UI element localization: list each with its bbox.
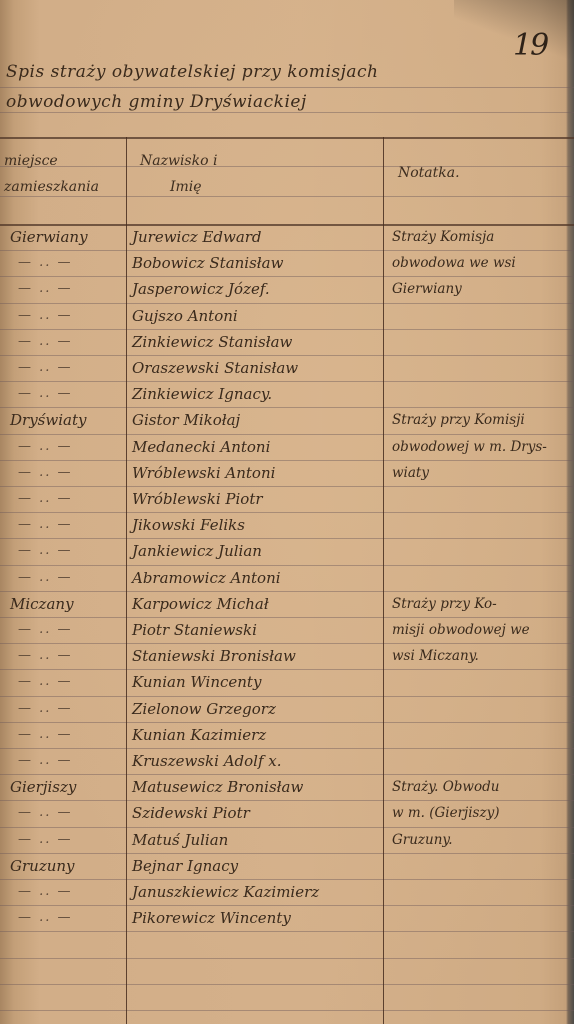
- note-line: Straży przy Komisji: [392, 409, 525, 431]
- row-name: Piotr Staniewski: [132, 619, 257, 641]
- row-name: Kunian Wincenty: [132, 671, 261, 693]
- row-rule: [0, 486, 574, 487]
- note-line: misji obwodowej we: [392, 619, 530, 641]
- row-name: Matusewicz Bronisław: [132, 776, 303, 798]
- note-line: obwodowa we wsi: [392, 252, 516, 274]
- row-name: Bejnar Ignacy: [132, 855, 238, 877]
- row-place: Dryświaty: [10, 409, 86, 431]
- row-rule: [0, 879, 574, 880]
- row-name: Oraszewski Stanisław: [132, 357, 298, 379]
- row-name: Gistor Mikołaj: [132, 409, 240, 431]
- page-title-line-2: obwodowych gminy Dryświackiej: [6, 92, 307, 112]
- row-name: Gujszo Antoni: [132, 305, 238, 327]
- row-rule: [0, 303, 574, 304]
- header-place-line-1: miejsce: [4, 150, 58, 172]
- row-place: — .. —: [18, 645, 73, 667]
- row-place: — .. —: [18, 305, 73, 327]
- row-rule: [0, 512, 574, 513]
- row-place: — .. —: [18, 881, 73, 903]
- title-rule-1: [0, 87, 574, 88]
- row-place: — .. —: [18, 829, 73, 851]
- row-rule: [0, 276, 574, 277]
- row-name: Jankiewicz Julian: [132, 540, 262, 562]
- row-rule: [0, 250, 574, 251]
- header-notes: Notatka.: [398, 162, 460, 184]
- row-name: Kunian Kazimierz: [132, 724, 266, 746]
- row-rule: [0, 355, 574, 356]
- row-place: — .. —: [18, 331, 73, 353]
- row-name: Zielonow Grzegorz: [132, 698, 276, 720]
- row-rule: [0, 407, 574, 408]
- row-rule: [0, 381, 574, 382]
- row-rule: [0, 774, 574, 775]
- row-place: — .. —: [18, 278, 73, 300]
- row-rule: [0, 958, 574, 959]
- column-divider-name-notes: [383, 137, 384, 1024]
- row-name: Jurewicz Edward: [132, 226, 262, 248]
- note-line: w m. (Gierjiszy): [392, 802, 499, 824]
- row-rule: [0, 853, 574, 854]
- note-line: wsi Miczany.: [392, 645, 479, 667]
- row-place: — .. —: [18, 436, 73, 458]
- page-title-line-1: Spis straży obywatelskiej przy komisjach: [6, 62, 378, 82]
- row-name: Bobowicz Stanisław: [132, 252, 283, 274]
- row-place: — .. —: [18, 357, 73, 379]
- note-line: wiaty: [392, 462, 429, 484]
- row-place: Gierwiany: [10, 226, 88, 248]
- row-place: — .. —: [18, 698, 73, 720]
- row-name: Pikorewicz Wincenty: [132, 907, 291, 929]
- note-line: Gruzuny.: [392, 829, 453, 851]
- row-place: — .. —: [18, 802, 73, 824]
- row-place: — .. —: [18, 514, 73, 536]
- row-name: Wróblewski Piotr: [132, 488, 263, 510]
- row-name: Karpowicz Michał: [132, 593, 269, 615]
- row-place: — .. —: [18, 567, 73, 589]
- header-top-rule: [0, 137, 574, 139]
- row-rule: [0, 800, 574, 801]
- row-rule: [0, 1010, 574, 1011]
- note-line: Straży przy Ko-: [392, 593, 497, 615]
- header-name-line-2: Imię: [170, 176, 202, 198]
- row-place: — .. —: [18, 462, 73, 484]
- row-rule: [0, 434, 574, 435]
- note-line: Gierwiany: [392, 278, 462, 300]
- row-place: — .. —: [18, 540, 73, 562]
- row-rule: [0, 329, 574, 330]
- row-place: — .. —: [18, 252, 73, 274]
- row-place: Gruzuny: [10, 855, 75, 877]
- row-name: Wróblewski Antoni: [132, 462, 275, 484]
- note-line: obwodowej w m. Drys-: [392, 436, 547, 458]
- row-rule: [0, 643, 574, 644]
- row-rule: [0, 722, 574, 723]
- row-name: Matuś Julian: [132, 829, 228, 851]
- row-place: — .. —: [18, 488, 73, 510]
- row-name: Januszkiewicz Kazimierz: [132, 881, 319, 903]
- row-rule: [0, 931, 574, 932]
- row-name: Jasperowicz Józef.: [132, 278, 270, 300]
- row-rule: [0, 696, 574, 697]
- row-rule: [0, 748, 574, 749]
- column-divider-place-name: [126, 137, 127, 1024]
- note-line: Straży Komisja: [392, 226, 494, 248]
- row-name: Jikowski Feliks: [132, 514, 245, 536]
- row-place: — .. —: [18, 907, 73, 929]
- row-rule: [0, 538, 574, 539]
- row-place: — .. —: [18, 383, 73, 405]
- row-rule: [0, 460, 574, 461]
- note-line: Straży. Obwodu: [392, 776, 499, 798]
- row-rule: [0, 984, 574, 985]
- row-rule: [0, 905, 574, 906]
- row-name: Szidewski Piotr: [132, 802, 250, 824]
- row-name: Zinkiewicz Stanisław: [132, 331, 292, 353]
- row-rule: [0, 669, 574, 670]
- row-place: — .. —: [18, 671, 73, 693]
- row-place: — .. —: [18, 724, 73, 746]
- row-rule: [0, 591, 574, 592]
- page-number: 19: [513, 28, 547, 63]
- title-rule-2: [0, 112, 574, 113]
- row-rule: [0, 617, 574, 618]
- row-place: Miczany: [10, 593, 74, 615]
- row-name: Zinkiewicz Ignacy.: [132, 383, 272, 405]
- row-rule: [0, 827, 574, 828]
- row-place: — .. —: [18, 619, 73, 641]
- row-name: Staniewski Bronisław: [132, 645, 296, 667]
- row-place: Gierjiszy: [10, 776, 76, 798]
- row-name: Medanecki Antoni: [132, 436, 270, 458]
- header-mid-rule: [0, 166, 574, 167]
- header-place-line-2: zamieszkania: [4, 176, 99, 198]
- row-name: Abramowicz Antoni: [132, 567, 281, 589]
- row-place: — .. —: [18, 750, 73, 772]
- row-name: Kruszewski Adolf x.: [132, 750, 282, 772]
- row-rule: [0, 565, 574, 566]
- header-name-line-1: Nazwisko i: [140, 150, 217, 172]
